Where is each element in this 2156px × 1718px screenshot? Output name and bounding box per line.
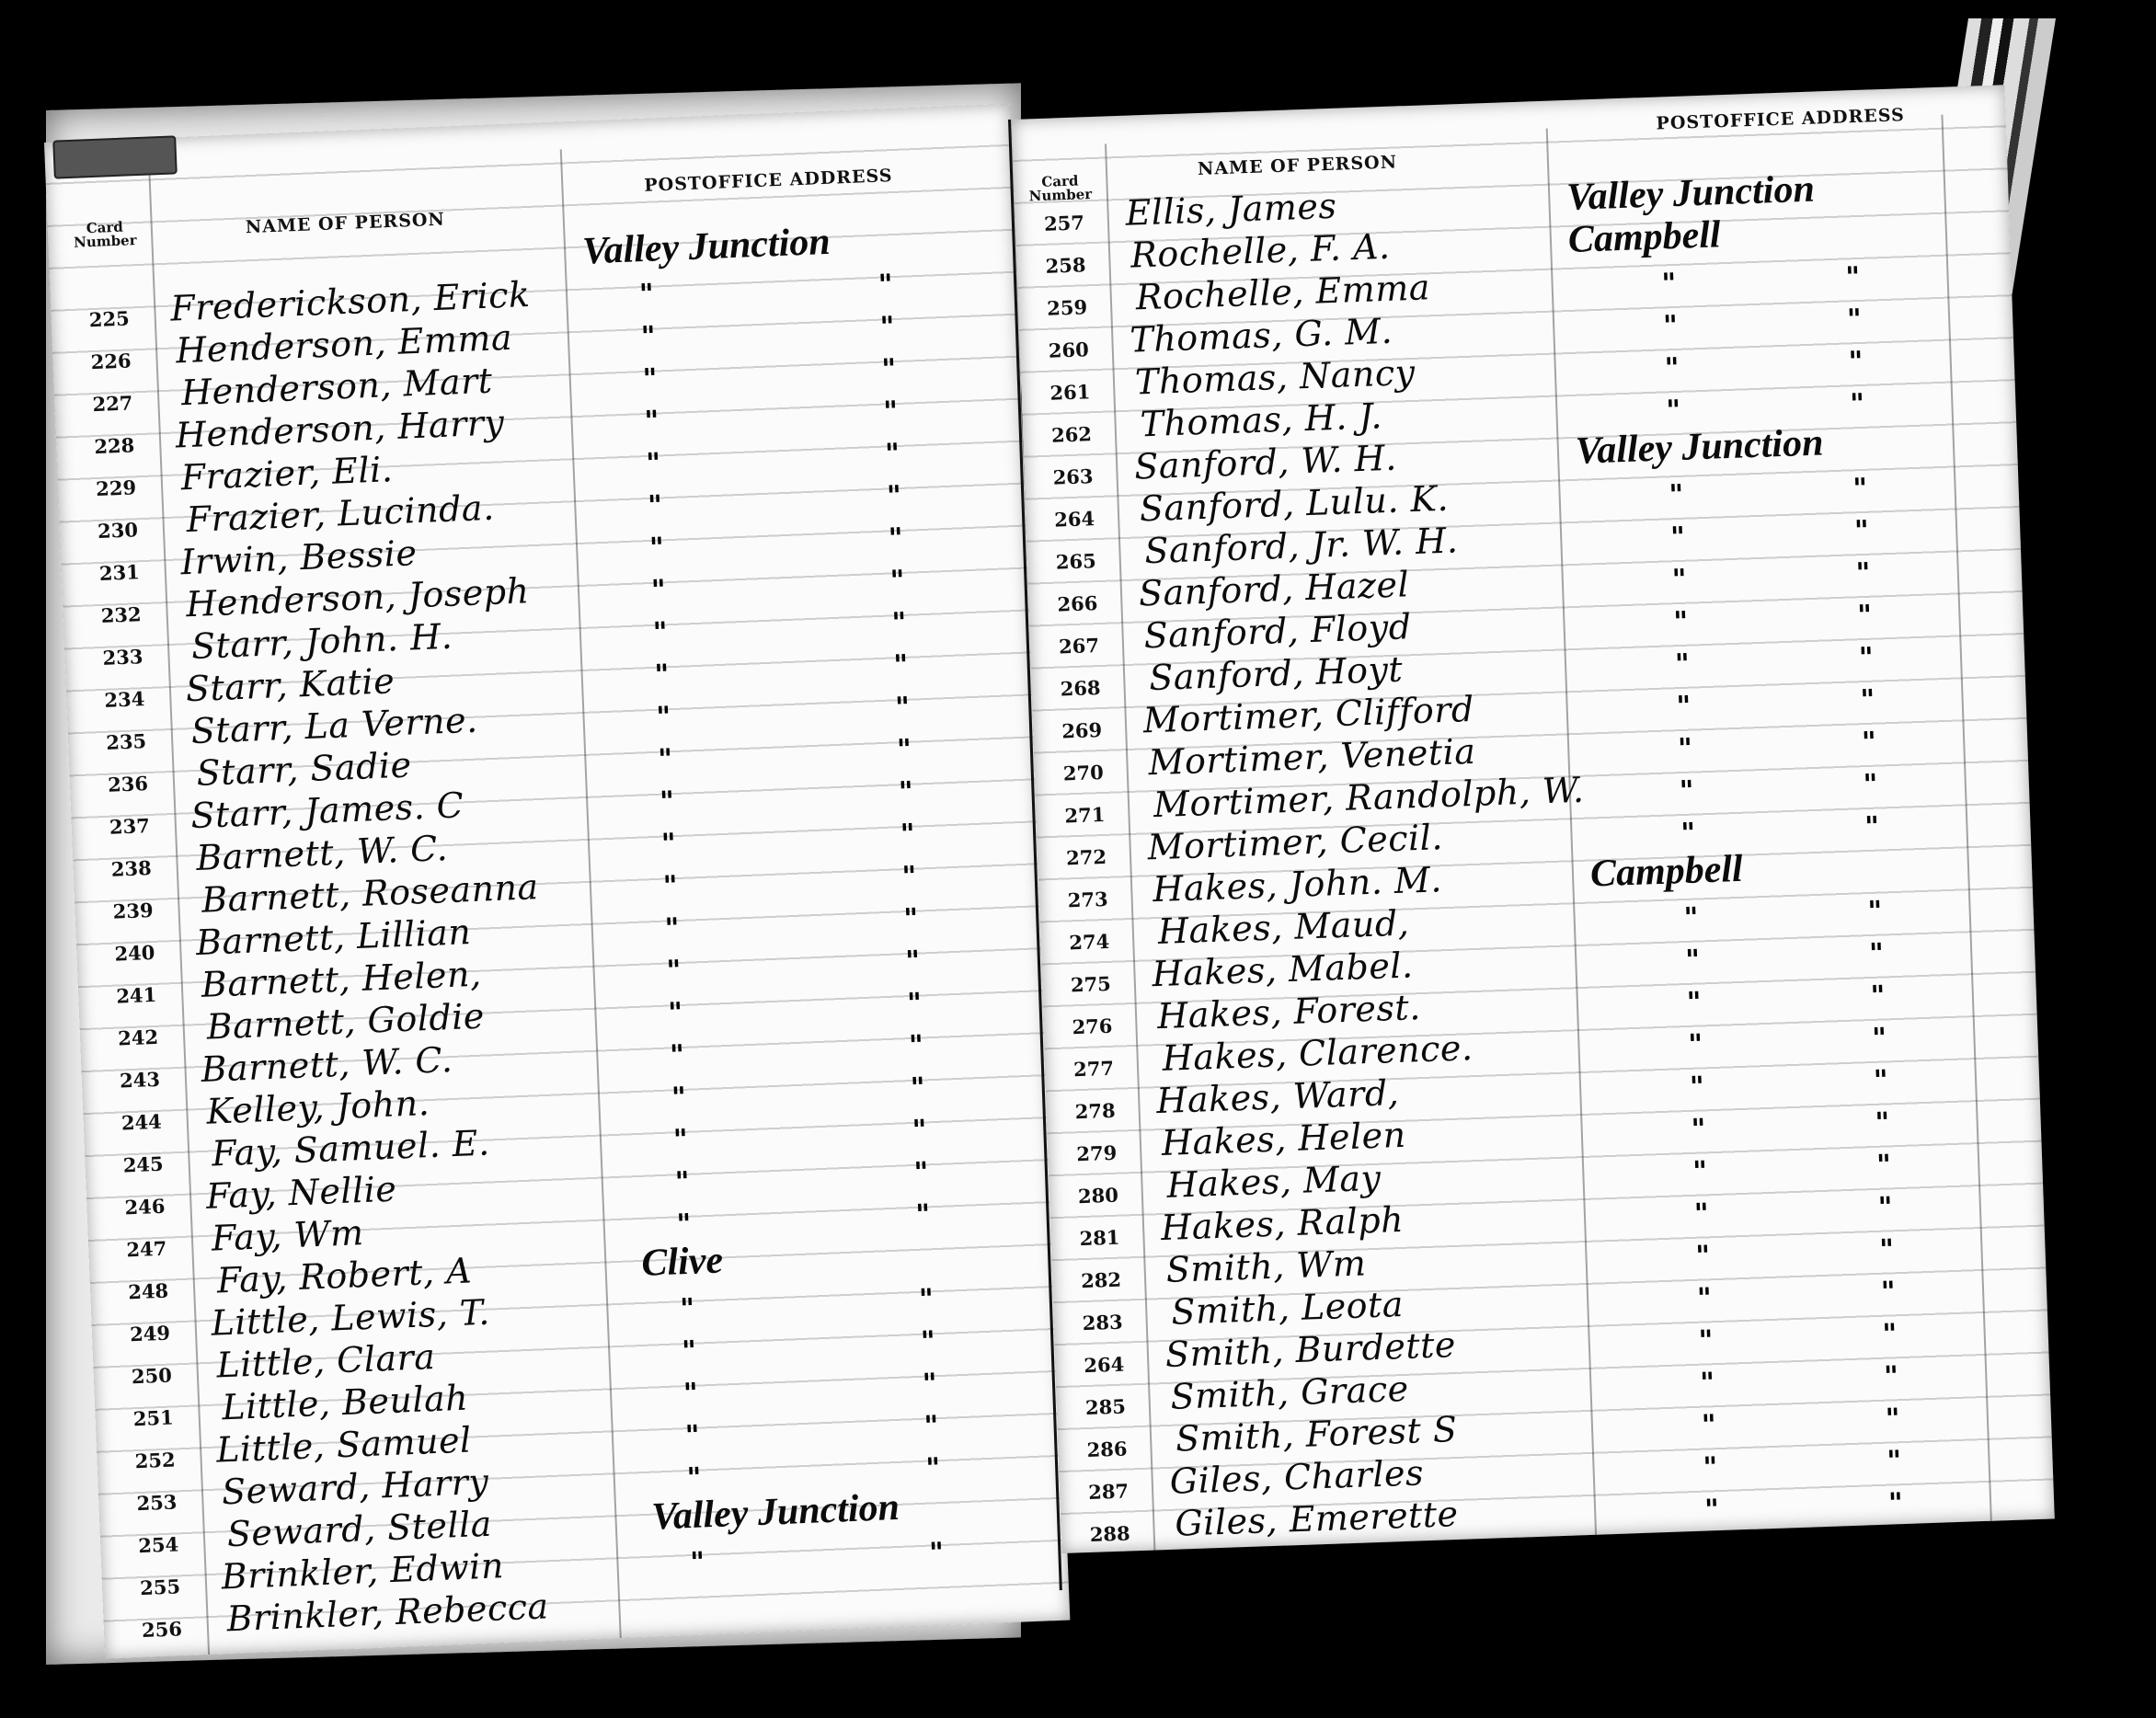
ditto-mark: " bbox=[658, 743, 673, 776]
ditto-mark: " bbox=[1855, 557, 1871, 590]
card-number: 242 bbox=[106, 1025, 171, 1050]
ditto-mark: " bbox=[898, 776, 913, 809]
ditto-mark: " bbox=[1693, 1197, 1709, 1231]
ditto-mark: " bbox=[881, 353, 897, 386]
postoffice-address: Campbell bbox=[1567, 212, 1721, 262]
ditto-mark: " bbox=[891, 607, 907, 640]
card-number: 268 bbox=[1048, 676, 1113, 701]
ditto-mark: " bbox=[920, 1325, 935, 1358]
ledger-book: Card Number NAME OF PERSON POSTOFFICE AD… bbox=[0, 0, 2156, 1718]
ditto-mark: " bbox=[1885, 1403, 1900, 1436]
header-address: POSTOFFICE ADDRESS bbox=[1656, 105, 1905, 133]
person-name: Starr, Sadie bbox=[196, 745, 413, 794]
ditto-mark: " bbox=[646, 447, 661, 480]
card-number: 286 bbox=[1074, 1437, 1140, 1461]
ditto-mark: " bbox=[672, 1124, 688, 1157]
ditto-mark: " bbox=[1867, 896, 1883, 929]
card-number: 280 bbox=[1065, 1183, 1130, 1208]
card-number: 252 bbox=[122, 1448, 188, 1473]
card-number: 288 bbox=[1077, 1521, 1142, 1546]
person-name: Hakes, Helen bbox=[1161, 1115, 1406, 1163]
person-name: Fay, Nellie bbox=[205, 1169, 397, 1217]
ditto-mark: " bbox=[686, 1462, 702, 1495]
ditto-mark: " bbox=[1880, 1276, 1896, 1309]
ditto-mark: " bbox=[1676, 691, 1692, 724]
person-name: Irwin, Bessie bbox=[180, 533, 419, 582]
card-number: 238 bbox=[98, 855, 164, 881]
ditto-mark: " bbox=[907, 987, 923, 1020]
card-number: 267 bbox=[1047, 634, 1112, 659]
ditto-mark: " bbox=[644, 405, 659, 438]
card-number: 228 bbox=[82, 433, 147, 459]
ditto-mark: " bbox=[1869, 937, 1885, 970]
ditto-mark: " bbox=[1701, 1409, 1716, 1442]
person-name: Smith, Forest S bbox=[1175, 1409, 1458, 1460]
card-number: 232 bbox=[88, 602, 154, 628]
address-heading-entry: Valley Junction bbox=[581, 220, 831, 274]
ditto-mark: " bbox=[1670, 521, 1686, 555]
ditto-mark: " bbox=[889, 565, 905, 598]
ditto-mark: " bbox=[883, 395, 899, 429]
ditto-mark: " bbox=[676, 1208, 692, 1242]
card-number: 261 bbox=[1038, 380, 1103, 405]
postoffice-address: Valley Junction bbox=[1565, 167, 1815, 220]
person-name: Ellis, James bbox=[1125, 186, 1337, 234]
ditto-mark: " bbox=[919, 1283, 935, 1316]
person-name: Thomas, G. M. bbox=[1130, 311, 1393, 361]
ditto-mark: " bbox=[640, 321, 656, 354]
card-number: 269 bbox=[1049, 718, 1115, 743]
card-number: 266 bbox=[1045, 591, 1110, 616]
person-name: Fay, Wm bbox=[211, 1212, 364, 1259]
card-number: 235 bbox=[94, 729, 159, 755]
ditto-mark: " bbox=[1663, 310, 1679, 343]
ditto-mark: " bbox=[1862, 727, 1877, 760]
ditto-mark: " bbox=[654, 659, 670, 692]
person-name: Hakes, Mabel. bbox=[1152, 945, 1414, 994]
card-number: 272 bbox=[1054, 844, 1119, 869]
ditto-mark: " bbox=[659, 785, 675, 819]
person-name: Rochelle, F. A. bbox=[1130, 226, 1391, 276]
card-number: 246 bbox=[112, 1194, 178, 1220]
ditto-mark: " bbox=[1703, 1451, 1718, 1484]
ditto-mark: " bbox=[893, 649, 909, 682]
card-number: 262 bbox=[1039, 422, 1105, 447]
ditto-mark: " bbox=[1680, 818, 1696, 851]
ditto-mark: " bbox=[1685, 944, 1701, 977]
ditto-mark: " bbox=[668, 997, 683, 1030]
person-name: Little, Clara bbox=[216, 1336, 437, 1386]
card-number: 236 bbox=[96, 772, 161, 797]
card-number: 279 bbox=[1064, 1140, 1130, 1165]
card-number: 277 bbox=[1061, 1056, 1127, 1081]
person-name: Thomas, Nancy bbox=[1134, 352, 1416, 403]
ditto-mark: " bbox=[1887, 1487, 1903, 1520]
card-number: 281 bbox=[1067, 1225, 1132, 1250]
header-card-number: Card Number bbox=[68, 220, 143, 250]
ditto-mark: " bbox=[671, 1082, 687, 1115]
ditto-mark: " bbox=[879, 311, 895, 344]
card-number: 258 bbox=[1033, 253, 1098, 278]
card-number: 259 bbox=[1035, 295, 1100, 320]
page-tab bbox=[52, 135, 178, 178]
card-number: 264 bbox=[1072, 1352, 1137, 1377]
postoffice-address: Clive bbox=[640, 1238, 723, 1286]
ditto-mark: " bbox=[888, 522, 903, 555]
ditto-mark: " bbox=[1695, 1240, 1711, 1273]
card-number: 257 bbox=[1032, 211, 1097, 235]
card-number: 270 bbox=[1050, 761, 1116, 785]
ditto-mark: " bbox=[1666, 395, 1681, 428]
ditto-mark: " bbox=[901, 861, 917, 894]
card-number: 250 bbox=[119, 1363, 184, 1389]
ditto-mark: " bbox=[1688, 1028, 1703, 1061]
ditto-mark: " bbox=[682, 1335, 697, 1369]
card-number: 254 bbox=[126, 1532, 191, 1558]
card-number: 231 bbox=[86, 560, 152, 586]
ditto-mark: " bbox=[1690, 1071, 1705, 1104]
person-name: Hakes, Ward, bbox=[1156, 1072, 1400, 1121]
ditto-mark: " bbox=[885, 438, 900, 471]
ditto-mark: " bbox=[642, 362, 658, 395]
ditto-mark: " bbox=[652, 616, 668, 649]
entry-list: "225Frederickson, Erick""226Henderson, E… bbox=[51, 258, 1015, 297]
ditto-mark: " bbox=[1845, 261, 1861, 294]
ditto-mark: " bbox=[1704, 1494, 1720, 1527]
card-number: 237 bbox=[97, 813, 162, 839]
ditto-mark: " bbox=[656, 701, 671, 734]
person-name: Sanford, Hoyt bbox=[1149, 649, 1404, 699]
card-number: 265 bbox=[1043, 549, 1108, 574]
ditto-mark: " bbox=[664, 912, 680, 945]
ditto-mark: " bbox=[895, 692, 911, 725]
ditto-mark: " bbox=[1884, 1360, 1899, 1393]
person-name: Smith, Grace bbox=[1170, 1369, 1409, 1417]
card-number: 275 bbox=[1058, 971, 1123, 996]
card-number: 249 bbox=[118, 1321, 183, 1346]
ditto-mark: " bbox=[897, 734, 912, 767]
person-name: Sanford, W. H. bbox=[1133, 438, 1397, 487]
person-name: Hakes, Ralph bbox=[1160, 1199, 1404, 1248]
ditto-mark: " bbox=[648, 489, 663, 522]
right-page: Card Number NAME OF PERSON POSTOFFICE AD… bbox=[1012, 85, 2055, 1553]
ditto-mark: " bbox=[912, 1114, 927, 1147]
card-number: 243 bbox=[108, 1067, 173, 1093]
card-number: 239 bbox=[100, 898, 166, 923]
ditto-mark: " bbox=[662, 870, 678, 903]
ditto-mark: " bbox=[886, 480, 901, 513]
person-name: Hakes, Maud, bbox=[1157, 902, 1410, 952]
ditto-mark: " bbox=[1872, 1022, 1887, 1055]
ditto-mark: " bbox=[1679, 775, 1694, 808]
ditto-mark: " bbox=[1692, 1155, 1708, 1188]
ditto-mark: " bbox=[1678, 733, 1693, 766]
ditto-mark: " bbox=[1882, 1318, 1898, 1351]
ditto-mark: " bbox=[1661, 268, 1677, 301]
postoffice-address: Campbell bbox=[1589, 847, 1743, 897]
ditto-mark: " bbox=[1852, 473, 1868, 506]
card-number: 287 bbox=[1076, 1479, 1141, 1504]
person-name: Giles, Charles bbox=[1169, 1452, 1425, 1502]
ditto-mark: " bbox=[1700, 1367, 1715, 1400]
ditto-mark: " bbox=[674, 1166, 690, 1199]
ditto-mark: " bbox=[1683, 901, 1699, 934]
card-number: 264 bbox=[1042, 507, 1107, 532]
card-number: 263 bbox=[1040, 464, 1106, 489]
card-number: 229 bbox=[84, 475, 149, 501]
card-number: 245 bbox=[110, 1151, 176, 1177]
ditto-mark: " bbox=[925, 1452, 941, 1485]
card-number: 248 bbox=[116, 1278, 181, 1304]
person-name: Sanford, Floyd bbox=[1143, 606, 1412, 656]
card-number: 247 bbox=[114, 1236, 179, 1262]
header-address: POSTOFFICE ADDRESS bbox=[644, 166, 893, 196]
person-name: Smith, Leota bbox=[1171, 1284, 1405, 1333]
ditto-mark: " bbox=[1697, 1282, 1713, 1315]
ditto-mark: " bbox=[1671, 564, 1687, 597]
ditto-mark: " bbox=[1850, 388, 1865, 421]
ditto-mark: " bbox=[1673, 606, 1689, 639]
ditto-mark: " bbox=[1870, 979, 1886, 1013]
ditto-mark: " bbox=[649, 532, 665, 565]
card-number: 240 bbox=[102, 940, 167, 966]
ditto-mark: " bbox=[929, 1537, 945, 1570]
card-number: 251 bbox=[120, 1405, 186, 1431]
ditto-mark: " bbox=[915, 1198, 931, 1231]
ditto-mark: " bbox=[1675, 648, 1691, 681]
card-number: 282 bbox=[1069, 1267, 1134, 1292]
postoffice-address: Valley Junction bbox=[1575, 420, 1824, 473]
ditto-mark: " bbox=[690, 1546, 705, 1579]
card-number: 260 bbox=[1036, 338, 1101, 362]
card-number: 227 bbox=[80, 391, 145, 417]
ditto-mark: " bbox=[680, 1293, 695, 1326]
person-name: Starr, Katie bbox=[185, 660, 396, 709]
ditto-mark: " bbox=[1691, 1113, 1706, 1146]
card-number: 255 bbox=[128, 1575, 193, 1600]
ditto-mark: " bbox=[1873, 1064, 1888, 1097]
person-name: Smith, Wm bbox=[1165, 1243, 1367, 1290]
ditto-mark: " bbox=[923, 1410, 939, 1443]
ditto-mark: " bbox=[638, 279, 654, 312]
card-number: 225 bbox=[76, 306, 142, 332]
person-name: Thomas, H. J. bbox=[1140, 395, 1383, 444]
postoffice-address: Valley Junction bbox=[651, 1485, 900, 1540]
left-page: Card Number NAME OF PERSON POSTOFFICE AD… bbox=[44, 104, 1070, 1659]
person-name: Little, Beulah bbox=[221, 1378, 468, 1428]
ditto-mark: " bbox=[1857, 600, 1873, 633]
card-number: 274 bbox=[1057, 929, 1122, 954]
ditto-mark: " bbox=[913, 1156, 929, 1189]
ditto-mark: " bbox=[1858, 642, 1874, 675]
ditto-mark: " bbox=[650, 574, 666, 607]
ditto-mark: " bbox=[684, 1420, 700, 1453]
ditto-mark: " bbox=[908, 1029, 923, 1062]
card-number: 244 bbox=[109, 1109, 174, 1135]
ditto-mark: " bbox=[1698, 1324, 1714, 1357]
person-name: Hakes, May bbox=[1166, 1158, 1382, 1206]
ditto-mark: " bbox=[1879, 1233, 1895, 1266]
card-number: 253 bbox=[124, 1490, 189, 1516]
card-number: 278 bbox=[1062, 1098, 1128, 1123]
ditto-mark: " bbox=[1686, 986, 1702, 1019]
card-number: 241 bbox=[104, 982, 169, 1008]
card-number: 230 bbox=[86, 518, 151, 544]
ditto-mark: " bbox=[877, 269, 893, 302]
card-number: 283 bbox=[1070, 1310, 1135, 1334]
person-name: Sanford, Hazel bbox=[1138, 564, 1410, 613]
person-name: Kelley, John. bbox=[206, 1082, 430, 1132]
ditto-mark: " bbox=[1877, 1191, 1893, 1224]
card-number: 226 bbox=[78, 349, 143, 374]
person-name: Giles, Emerette bbox=[1175, 1494, 1460, 1544]
ditto-mark: " bbox=[1664, 352, 1680, 385]
ditto-mark: " bbox=[1875, 1106, 1890, 1140]
ditto-mark: " bbox=[903, 903, 919, 936]
ditto-mark: " bbox=[1886, 1445, 1902, 1478]
person-name: Frazier, Eli. bbox=[180, 449, 394, 498]
ditto-mark: " bbox=[666, 955, 682, 988]
card-number: 234 bbox=[92, 687, 157, 713]
header-name: NAME OF PERSON bbox=[1198, 152, 1398, 179]
ditto-mark: " bbox=[1863, 769, 1878, 802]
ditto-mark: " bbox=[900, 819, 915, 852]
ditto-mark: " bbox=[682, 1378, 698, 1411]
header-name: NAME OF PERSON bbox=[245, 210, 445, 238]
ditto-mark: " bbox=[910, 1071, 925, 1105]
card-number: 256 bbox=[130, 1617, 195, 1643]
ditto-mark: " bbox=[1860, 684, 1875, 717]
ditto-mark: " bbox=[1876, 1149, 1892, 1182]
person-name: Hakes, Forest. bbox=[1156, 987, 1421, 1037]
ditto-mark: " bbox=[1847, 304, 1863, 337]
ditto-mark: " bbox=[1854, 515, 1870, 548]
card-number: 276 bbox=[1060, 1014, 1125, 1038]
ditto-mark: " bbox=[1669, 479, 1684, 512]
ditto-mark: " bbox=[905, 945, 921, 979]
card-number: 233 bbox=[90, 645, 155, 670]
card-number: 285 bbox=[1072, 1394, 1138, 1419]
card-number: 273 bbox=[1055, 887, 1120, 911]
ditto-mark: " bbox=[670, 1039, 685, 1072]
ditto-mark: " bbox=[1864, 811, 1880, 844]
card-number: 271 bbox=[1052, 802, 1118, 827]
ditto-mark: " bbox=[660, 828, 676, 861]
ditto-mark: " bbox=[922, 1368, 937, 1401]
ditto-mark: " bbox=[1848, 346, 1864, 379]
